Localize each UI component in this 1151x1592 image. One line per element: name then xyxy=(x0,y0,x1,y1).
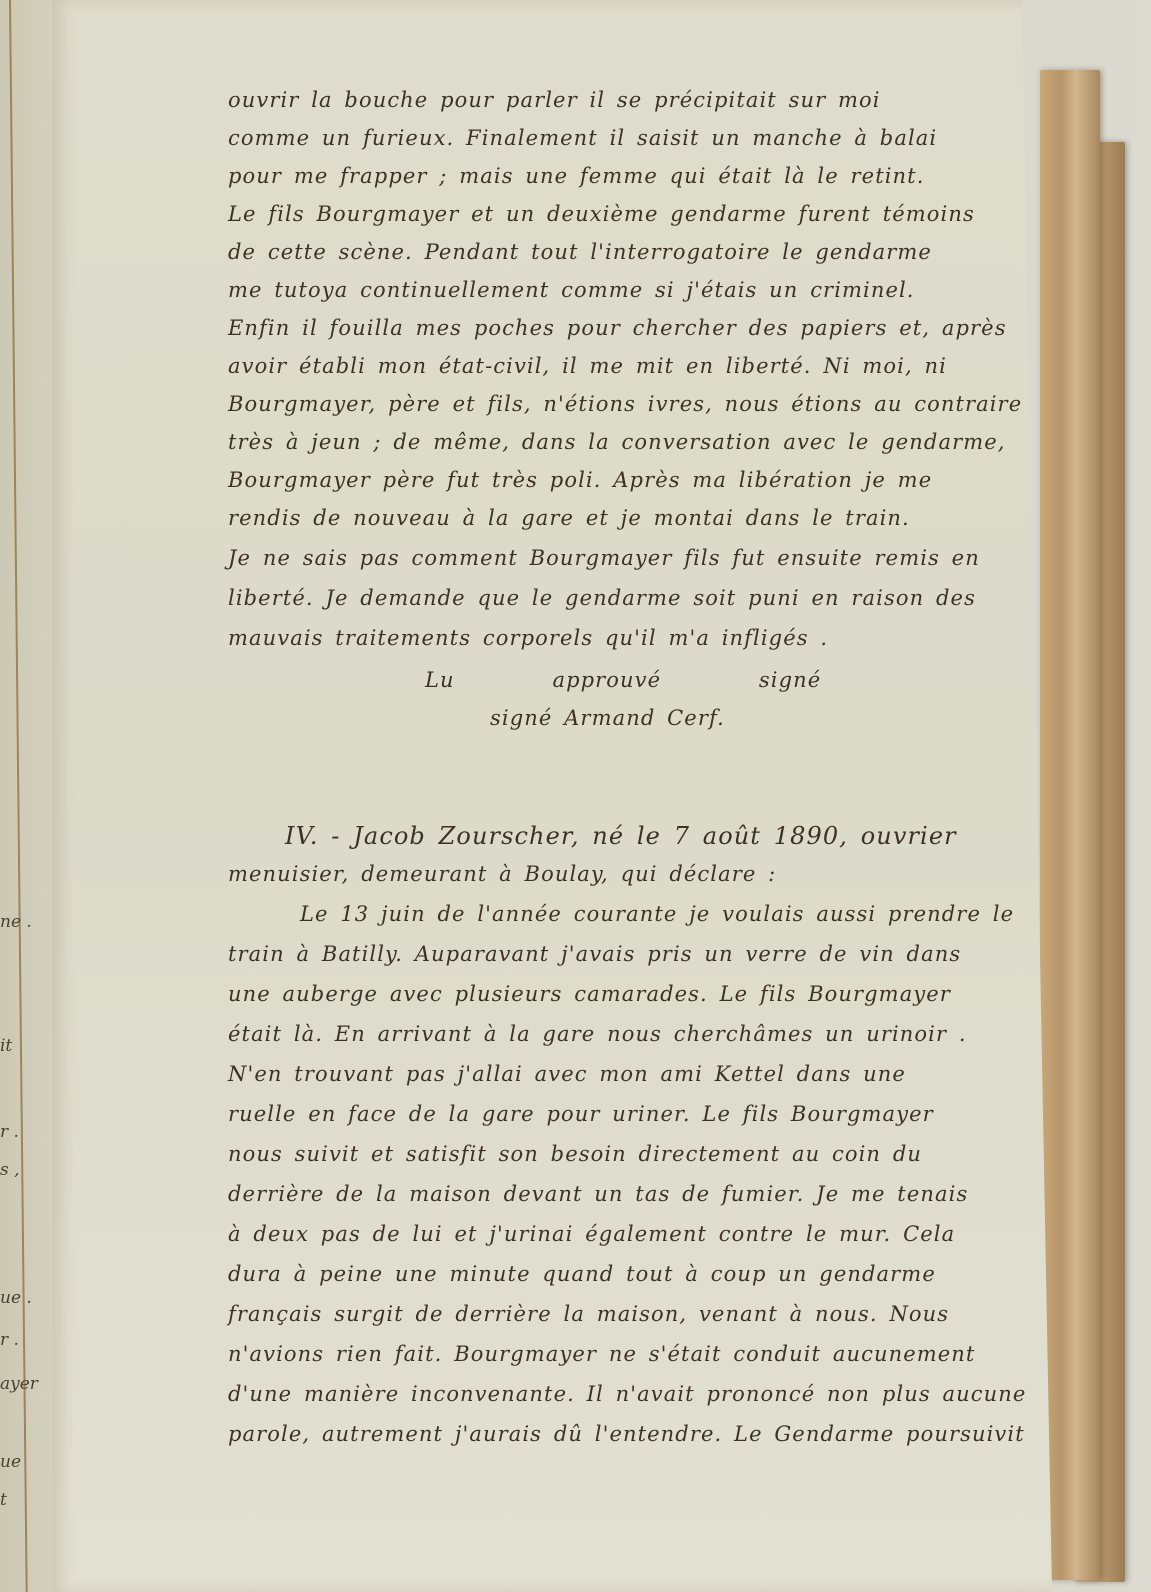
previous-page-fragment: r . xyxy=(0,1122,19,1142)
text-line: une auberge avec plusieurs camarades. Le… xyxy=(228,982,951,1006)
text-line: Enfin il fouilla mes poches pour cherche… xyxy=(228,316,1007,340)
text-line: n'avions rien fait. Bourgmayer ne s'étai… xyxy=(228,1342,975,1366)
text-line: rendis de nouveau à la gare et je montai… xyxy=(228,506,910,530)
previous-page-fragment: ue . xyxy=(0,1288,32,1308)
text-line: de cette scène. Pendant tout l'interroga… xyxy=(228,240,932,264)
text-line: dura à peine une minute quand tout à cou… xyxy=(228,1262,936,1286)
text-line: Le fils Bourgmayer et un deuxième gendar… xyxy=(228,202,975,226)
text-line: parole, autrement j'aurais dû l'entendre… xyxy=(228,1422,1025,1446)
text-line: nous suivit et satisfit son besoin direc… xyxy=(228,1142,922,1166)
text-line: menuisier, demeurant à Boulay, qui décla… xyxy=(228,862,776,886)
text-line: ruelle en face de la gare pour uriner. L… xyxy=(228,1102,934,1126)
text-line: à deux pas de lui et j'urinai également … xyxy=(228,1222,955,1246)
text-line: me tutoya continuellement comme si j'éta… xyxy=(228,278,915,302)
previous-page-fragment: ue xyxy=(0,1452,21,1472)
text-line: Je ne sais pas comment Bourgmayer fils f… xyxy=(228,546,980,570)
approval-line: Lu approuvé signé xyxy=(425,668,821,692)
text-line: Bourgmayer, père et fils, n'étions ivres… xyxy=(228,392,1022,416)
section-heading: IV. - Jacob Zourscher, né le 7 août 1890… xyxy=(285,822,957,850)
text-line: ouvrir la bouche pour parler il se préci… xyxy=(228,88,881,112)
text-line: N'en trouvant pas j'allai avec mon ami K… xyxy=(228,1062,906,1086)
text-line: liberté. Je demande que le gendarme soit… xyxy=(228,586,976,610)
text-line: était là. En arrivant à la gare nous che… xyxy=(228,1022,967,1046)
signature-line: signé Armand Cerf. xyxy=(490,706,725,730)
text-line: avoir établi mon état-civil, il me mit e… xyxy=(228,354,947,378)
text-line: Le 13 juin de l'année courante je voulai… xyxy=(300,902,1014,926)
text-line: derrière de la maison devant un tas de f… xyxy=(228,1182,968,1206)
previous-page-fragment: s , xyxy=(0,1160,20,1180)
previous-page-fragment: it xyxy=(0,1036,12,1056)
previous-page-fragment: ne . xyxy=(0,912,32,932)
previous-page-fragment: t xyxy=(0,1490,7,1510)
text-line: comme un furieux. Finalement il saisit u… xyxy=(228,126,937,150)
text-line: français surgit de derrière la maison, v… xyxy=(228,1302,949,1326)
text-line: pour me frapper ; mais une femme qui éta… xyxy=(228,164,925,188)
previous-page-fragment: r . xyxy=(0,1330,19,1350)
text-line: d'une manière inconvenante. Il n'avait p… xyxy=(228,1382,1026,1406)
handwritten-text: ne . it r . s , ue . r . ayer ue t ouvri… xyxy=(0,0,1151,1592)
text-line: Bourgmayer père fut très poli. Après ma … xyxy=(228,468,932,492)
text-line: très à jeun ; de même, dans la conversat… xyxy=(228,430,1006,454)
text-line: train à Batilly. Auparavant j'avais pris… xyxy=(228,942,961,966)
previous-page-fragment: ayer xyxy=(0,1374,38,1394)
text-line: mauvais traitements corporels qu'il m'a … xyxy=(228,626,828,650)
